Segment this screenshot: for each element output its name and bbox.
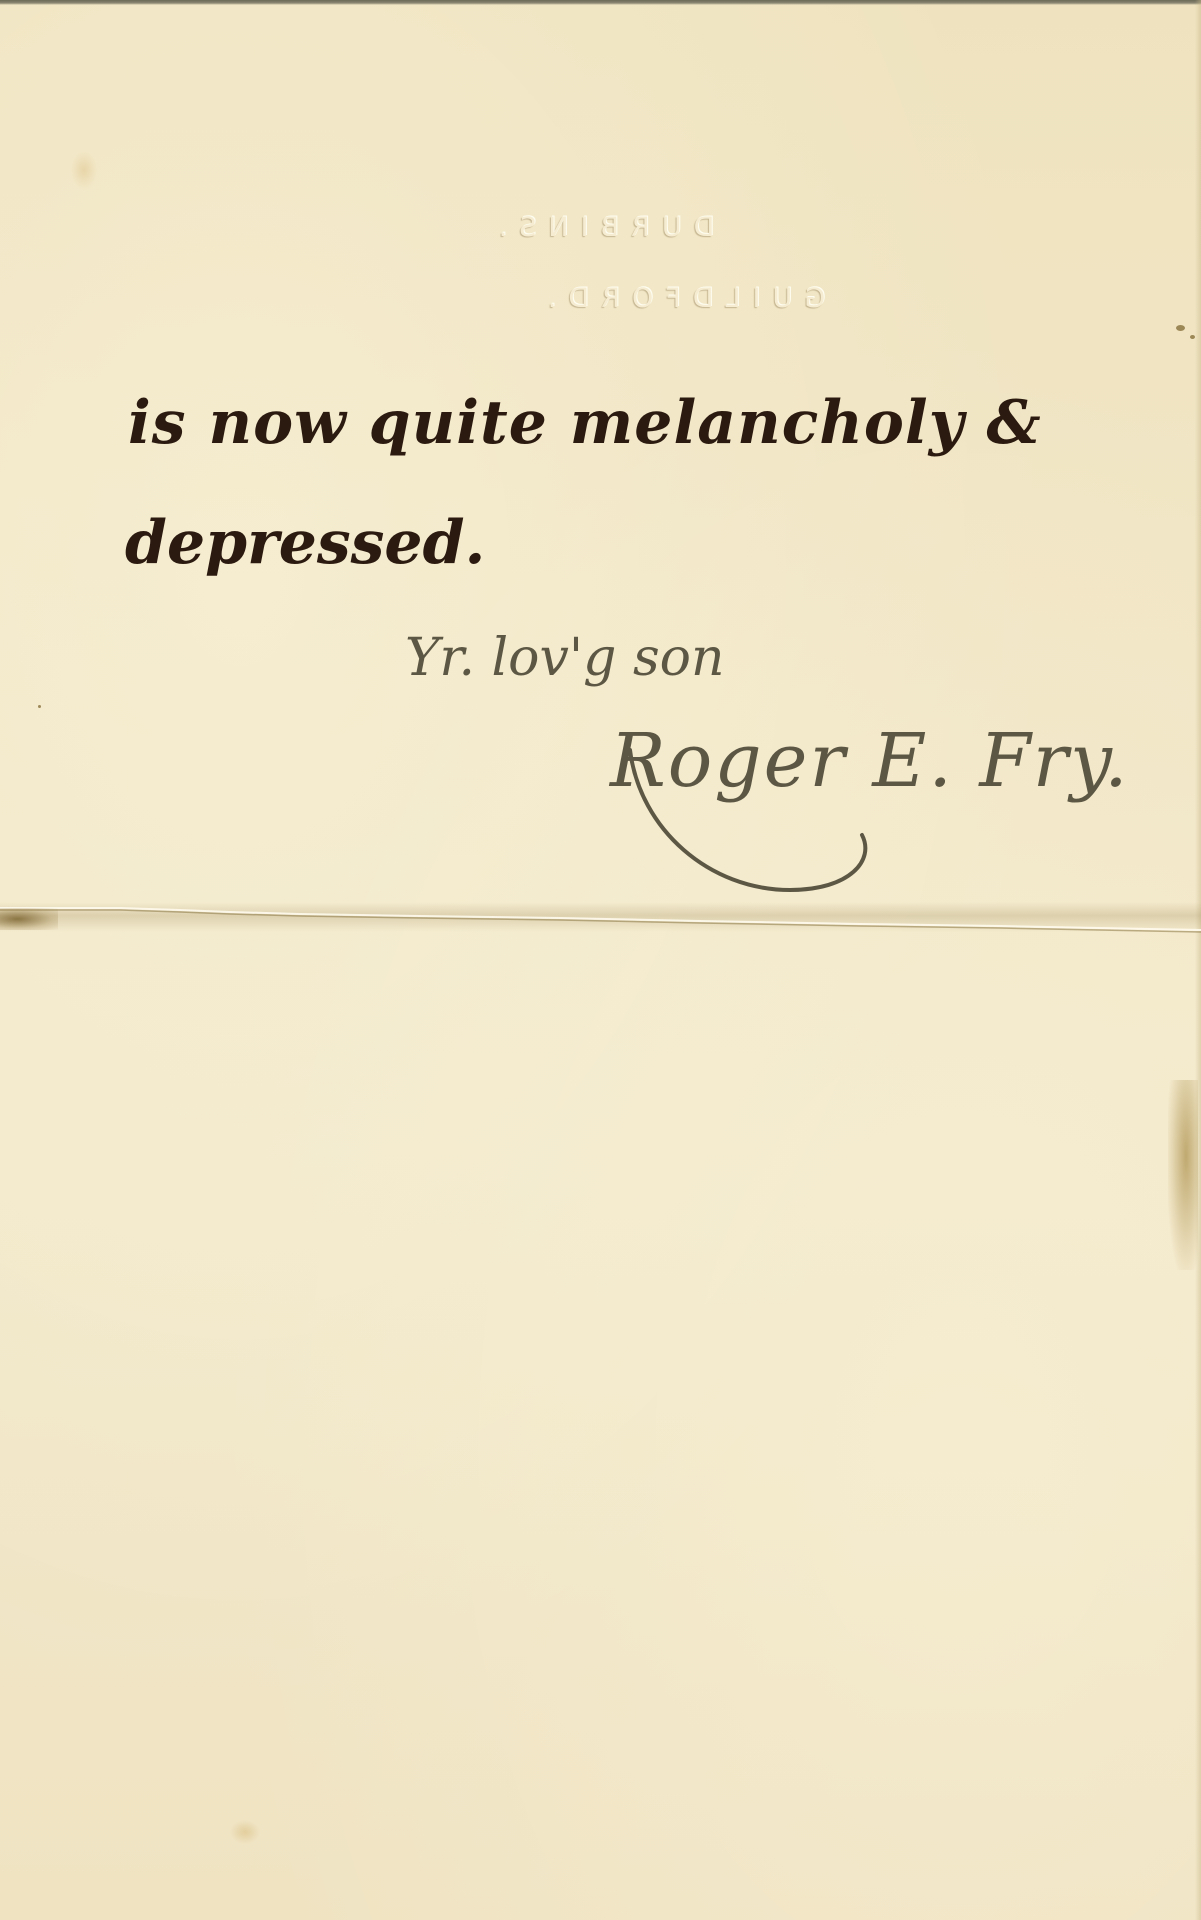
letterhead-emboss-line-1: DURBINS. bbox=[0, 212, 1201, 243]
ink-speck bbox=[1190, 335, 1195, 339]
letter-body-line-2: depressed. bbox=[125, 508, 485, 578]
letterhead-emboss-line-2: GUILDFORD. bbox=[0, 283, 1201, 314]
letter-closing: Yr. lov'g son bbox=[405, 628, 724, 688]
letter-page: DURBINS. GUILDFORD. is now quite melanch… bbox=[0, 0, 1201, 1920]
edge-stain bbox=[1168, 1080, 1198, 1270]
signature-flourish bbox=[600, 740, 900, 920]
page-top-edge bbox=[0, 0, 1201, 5]
fold-crease bbox=[0, 896, 1201, 936]
paper-stain bbox=[70, 150, 98, 190]
ink-speck bbox=[1176, 325, 1185, 331]
ink-speck bbox=[38, 705, 41, 708]
letter-body-line-1: is now quite melancholy & bbox=[128, 388, 1042, 458]
paper-stain bbox=[230, 1820, 260, 1844]
fold-stain bbox=[0, 908, 58, 930]
